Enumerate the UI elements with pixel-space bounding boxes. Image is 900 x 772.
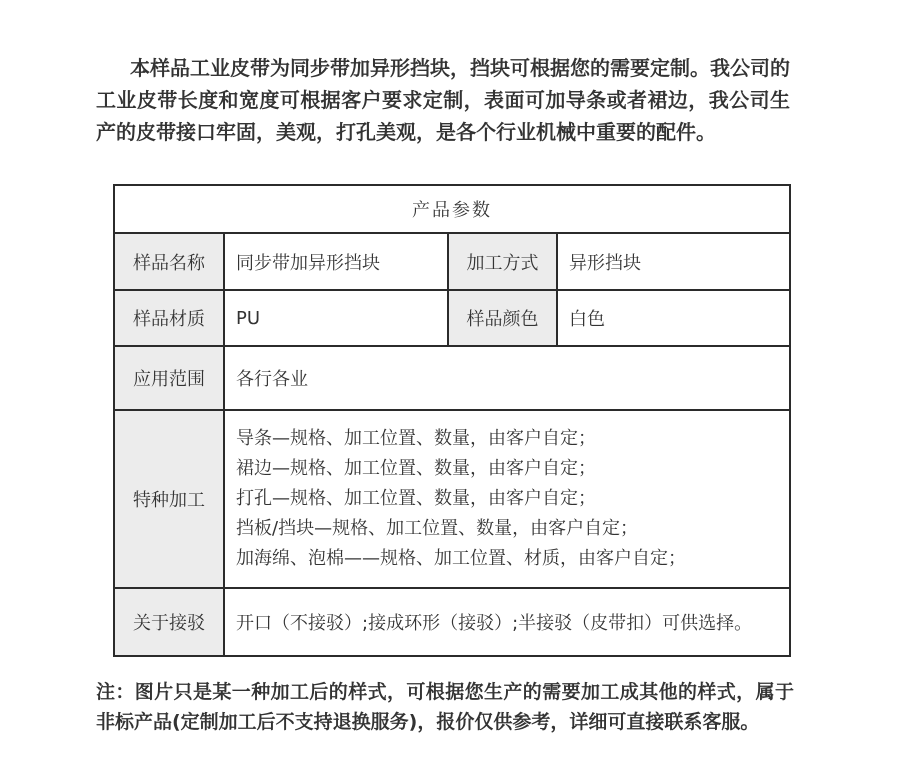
label-processing-method: 加工方式 — [448, 233, 557, 290]
table-title-row: 产品参数 — [114, 185, 790, 233]
value-processing-method: 异形挡块 — [557, 233, 790, 290]
table-row-application: 应用范围 各行各业 — [114, 346, 790, 410]
label-joint-type: 关于接驳 — [114, 588, 224, 656]
label-sample-material: 样品材质 — [114, 290, 224, 346]
special-processing-line-punching: 打孔—规格、加工位置、数量，由客户自定； — [236, 484, 783, 514]
label-special-processing: 特种加工 — [114, 410, 224, 588]
product-parameters-table: 产品参数 样品名称 同步带加异形挡块 加工方式 异形挡块 样品材质 PU 样品颜… — [113, 184, 791, 657]
intro-paragraph: 本样品工业皮带为同步带加异形挡块，挡块可根据您的需要定制。我公司的工业皮带长度和… — [96, 52, 790, 148]
value-sample-material: PU — [224, 290, 448, 346]
value-application-scope: 各行各业 — [224, 346, 790, 410]
table-row-special-processing: 特种加工 导条—规格、加工位置、数量，由客户自定； 裙边—规格、加工位置、数量，… — [114, 410, 790, 588]
value-sample-color: 白色 — [557, 290, 790, 346]
label-application-scope: 应用范围 — [114, 346, 224, 410]
value-joint-type: 开口（不接驳）;接成环形（接驳）;半接驳（皮带扣）可供选择。 — [224, 588, 790, 656]
table-row-material: 样品材质 PU 样品颜色 白色 — [114, 290, 790, 346]
special-processing-line-sponge: 加海绵、泡棉——规格、加工位置、材质，由客户自定； — [236, 544, 783, 574]
special-processing-line-baffle: 挡板/挡块—规格、加工位置、数量，由客户自定； — [236, 514, 783, 544]
footer-note: 注：图片只是某一种加工后的样式，可根据您生产的需要加工成其他的样式，属于非标产品… — [96, 677, 794, 737]
label-sample-color: 样品颜色 — [448, 290, 557, 346]
table-row-sample-name: 样品名称 同步带加异形挡块 加工方式 异形挡块 — [114, 233, 790, 290]
table-title: 产品参数 — [114, 185, 790, 233]
label-sample-name: 样品名称 — [114, 233, 224, 290]
special-processing-line-guide-strip: 导条—规格、加工位置、数量，由客户自定； — [236, 424, 783, 454]
table-row-joint: 关于接驳 开口（不接驳）;接成环形（接驳）;半接驳（皮带扣）可供选择。 — [114, 588, 790, 656]
value-sample-name: 同步带加异形挡块 — [224, 233, 448, 290]
special-processing-line-skirt: 裙边—规格、加工位置、数量，由客户自定； — [236, 454, 783, 484]
value-special-processing: 导条—规格、加工位置、数量，由客户自定； 裙边—规格、加工位置、数量，由客户自定… — [224, 410, 790, 588]
